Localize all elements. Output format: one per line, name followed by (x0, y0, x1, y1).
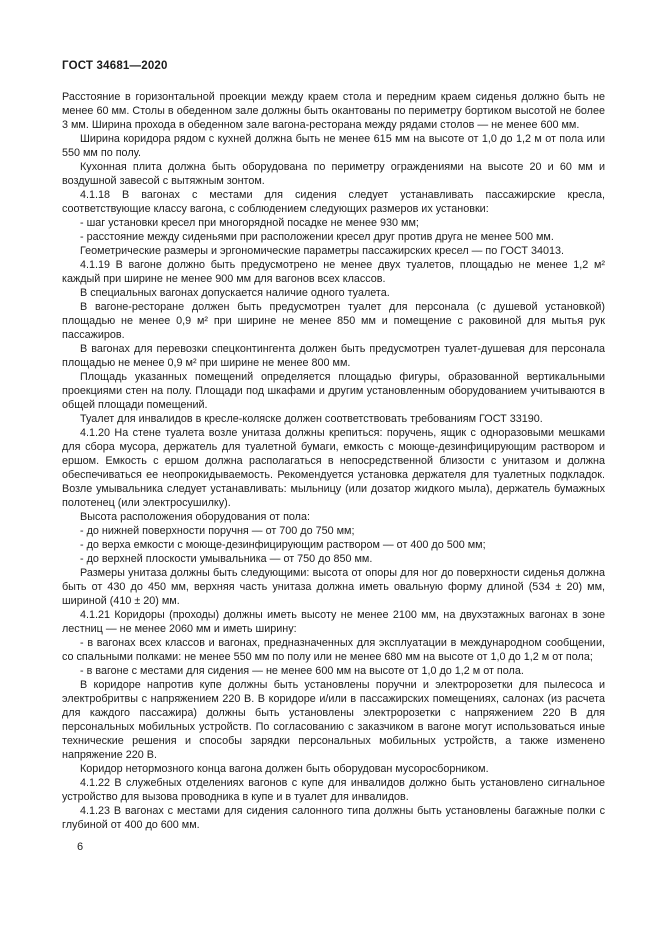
page-number: 6 (77, 841, 83, 853)
paragraph: - до верха емкости с моюще-дезинфицирующ… (62, 538, 605, 552)
paragraph: - в вагонах всех классов и вагонах, пред… (62, 636, 605, 664)
paragraph: - расстояние между сиденьями при располо… (62, 230, 605, 244)
paragraph: 4.1.19 В вагоне должно быть предусмотрен… (62, 258, 605, 286)
paragraph: Ширина коридора рядом с кухней должна бы… (62, 132, 605, 160)
paragraph: - до нижней поверхности поручня — от 700… (62, 524, 605, 538)
paragraph: 4.1.22 В служебных отделениях вагонов с … (62, 776, 605, 804)
paragraph: Геометрические размеры и эргономические … (62, 244, 605, 258)
paragraph: - в вагоне с местами для сидения — не ме… (62, 664, 605, 678)
paragraph: В вагоне-ресторане должен быть предусмот… (62, 300, 605, 342)
paragraph: - до верхней плоскости умывальника — от … (62, 552, 605, 566)
paragraph: Коридор нетормозного конца вагона должен… (62, 762, 605, 776)
paragraph: Высота расположения оборудования от пола… (62, 510, 605, 524)
paragraph: 4.1.23 В вагонах с местами для сидения с… (62, 804, 605, 832)
paragraph: Туалет для инвалидов в кресле-коляске до… (62, 412, 605, 426)
paragraph: Расстояние в горизонтальной проекции меж… (62, 90, 605, 132)
paragraph: - шаг установки кресел при многорядной п… (62, 216, 605, 230)
paragraph: В вагонах для перевозки спецконтингента … (62, 342, 605, 370)
paragraph: Размеры унитаза должны быть следующими: … (62, 566, 605, 608)
paragraph: 4.1.20 На стене туалета возле унитаза до… (62, 426, 605, 510)
paragraph: В коридоре напротив купе должны быть уст… (62, 678, 605, 762)
document-body: Расстояние в горизонтальной проекции меж… (62, 90, 605, 832)
paragraph: 4.1.21 Коридоры (проходы) должны иметь в… (62, 608, 605, 636)
document-header-gost-number: ГОСТ 34681—2020 (62, 60, 168, 72)
document-page: ГОСТ 34681—2020 Расстояние в горизонталь… (0, 0, 661, 935)
paragraph: 4.1.18 В вагонах с местами для сидения с… (62, 188, 605, 216)
paragraph: В специальных вагонах допускается наличи… (62, 286, 605, 300)
paragraph: Кухонная плита должна быть оборудована п… (62, 160, 605, 188)
paragraph: Площадь указанных помещений определяется… (62, 370, 605, 412)
